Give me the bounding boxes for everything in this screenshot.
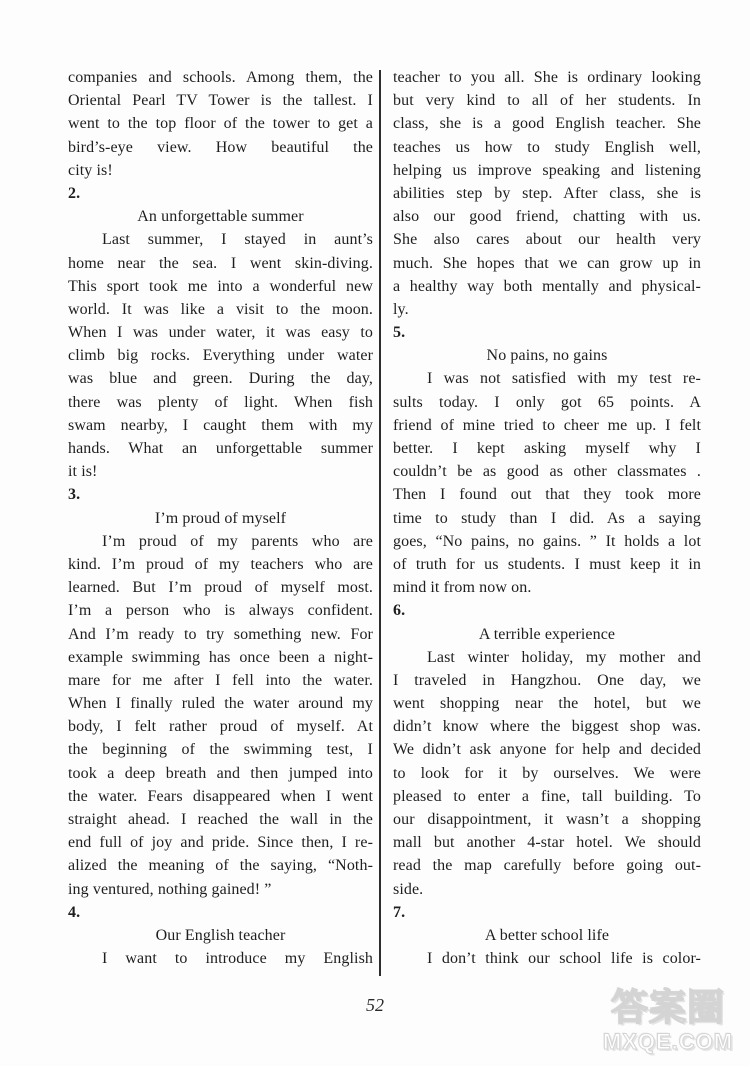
- text-line: mall but another 4-star hotel. We should: [393, 831, 701, 854]
- text-line: friend of mine tried to cheer me up. I f…: [393, 414, 701, 437]
- text-line: helping us improve speaking and listenin…: [393, 159, 701, 182]
- text-line: I traveled in Hangzhou. One day, we: [393, 669, 701, 692]
- text-line: didn’t know where the biggest shop was.: [393, 715, 701, 738]
- text-line: Oriental Pearl TV Tower is the tallest. …: [68, 89, 373, 112]
- text-line: teaches us how to study English well,: [393, 136, 701, 159]
- text-line: Last summer, I stayed in aunt’s: [68, 228, 373, 251]
- text-line: climb big rocks. Everything under water: [68, 344, 373, 367]
- text-line: And I’m ready to try something new. For: [68, 623, 373, 646]
- text-line: hands. What an unforgettable summer: [68, 437, 373, 460]
- text-line: straight ahead. I reached the wall in th…: [68, 808, 373, 831]
- text-line: took a deep breath and then jumped into: [68, 762, 373, 785]
- text-line: couldn’t be as good as other classmates …: [393, 460, 701, 483]
- text-line: This sport took me into a wonderful new: [68, 275, 373, 298]
- text-line: She also cares about our health very: [393, 228, 701, 251]
- text-line: I’m proud of my parents who are: [68, 530, 373, 553]
- text-line: there was plenty of light. When fish: [68, 391, 373, 414]
- text-line: body, I felt rather proud of myself. At: [68, 715, 373, 738]
- watermark-logo: 答案圈 MXQE.COM: [588, 988, 748, 1054]
- essay-title: No pains, no gains: [393, 344, 701, 367]
- text-line: to look for it by ourselves. We were: [393, 762, 701, 785]
- text-line: a healthy way both mentally and physical…: [393, 275, 701, 298]
- text-line: companies and schools. Among them, the: [68, 66, 373, 89]
- text-line: went shopping near the hotel, but we: [393, 692, 701, 715]
- text-line: class, she is a good English teacher. Sh…: [393, 112, 701, 135]
- text-line: of truth for us students. I must keep it…: [393, 553, 701, 576]
- text-line: kind. I’m proud of my teachers who are: [68, 553, 373, 576]
- text-line: example swimming has once been a night-: [68, 646, 373, 669]
- text-line: also our good friend, chatting with us.: [393, 205, 701, 228]
- text-line: was blue and green. During the day,: [68, 367, 373, 390]
- text-line: went to the top floor of the tower to ge…: [68, 112, 373, 135]
- text-line: learned. But I’m proud of myself most.: [68, 576, 373, 599]
- text-line: I don’t think our school life is color-: [393, 947, 701, 970]
- text-line: mind it from now on.: [393, 576, 701, 599]
- essay-title: Our English teacher: [68, 924, 373, 947]
- text-line: I’m a person who is always confident.: [68, 599, 373, 622]
- text-line: I want to introduce my English: [68, 947, 373, 970]
- text-line: Then I found out that they took more: [393, 483, 701, 506]
- text-line: swam nearby, I caught them with my: [68, 414, 373, 437]
- text-line: bird’s-eye view. How beautiful the: [68, 136, 373, 159]
- text-line: city is!: [68, 159, 373, 182]
- text-line: read the map carefully before going out-: [393, 854, 701, 877]
- section-number: 5.: [393, 321, 701, 344]
- column-divider: [379, 70, 381, 976]
- essay-title: An unforgettable summer: [68, 205, 373, 228]
- section-number: 7.: [393, 901, 701, 924]
- text-line: When I finally ruled the water around my: [68, 692, 373, 715]
- section-number: 4.: [68, 901, 373, 924]
- document-page: companies and schools. Among them, theOr…: [0, 0, 750, 1066]
- text-line: When I was under water, it was easy to: [68, 321, 373, 344]
- watermark-domain-text: MXQE.COM: [588, 1030, 748, 1054]
- text-line: time to study than I did. As a saying: [393, 507, 701, 530]
- text-line: pleased to enter a fine, tall building. …: [393, 785, 701, 808]
- text-line: much. She hopes that we can grow up in: [393, 252, 701, 275]
- text-line: the beginning of the swimming test, I: [68, 738, 373, 761]
- text-line: home near the sea. I went skin-diving.: [68, 252, 373, 275]
- essay-title: I’m proud of myself: [68, 507, 373, 530]
- text-line: end full of joy and pride. Since then, I…: [68, 831, 373, 854]
- section-number: 2.: [68, 182, 373, 205]
- essay-title: A terrible experience: [393, 623, 701, 646]
- essay-title: A better school life: [393, 924, 701, 947]
- left-column: companies and schools. Among them, theOr…: [68, 66, 373, 970]
- section-number: 3.: [68, 483, 373, 506]
- text-line: ly.: [393, 298, 701, 321]
- text-line: mare for me after I fell into the water.: [68, 669, 373, 692]
- watermark-chinese-text: 答案圈: [588, 988, 748, 1030]
- text-line: better. I kept asking myself why I: [393, 437, 701, 460]
- text-line: our disappointment, it wasn’t a shopping: [393, 808, 701, 831]
- text-line: I was not satisfied with my test re-: [393, 367, 701, 390]
- text-line: the water. Fears disappeared when I went: [68, 785, 373, 808]
- text-line: but very kind to all of her students. In: [393, 89, 701, 112]
- section-number: 6.: [393, 599, 701, 622]
- text-line: alized the meaning of the saying, “Noth-: [68, 854, 373, 877]
- text-line: it is!: [68, 460, 373, 483]
- text-line: world. It was like a visit to the moon.: [68, 298, 373, 321]
- text-line: Last winter holiday, my mother and: [393, 646, 701, 669]
- text-line: abilities step by step. After class, she…: [393, 182, 701, 205]
- text-line: sults today. I only got 65 points. A: [393, 391, 701, 414]
- text-line: ing ventured, nothing gained! ”: [68, 878, 373, 901]
- text-line: goes, “No pains, no gains. ” It holds a …: [393, 530, 701, 553]
- right-column: teacher to you all. She is ordinary look…: [393, 66, 701, 970]
- text-line: We didn’t ask anyone for help and decide…: [393, 738, 701, 761]
- text-line: side.: [393, 878, 701, 901]
- text-line: teacher to you all. She is ordinary look…: [393, 66, 701, 89]
